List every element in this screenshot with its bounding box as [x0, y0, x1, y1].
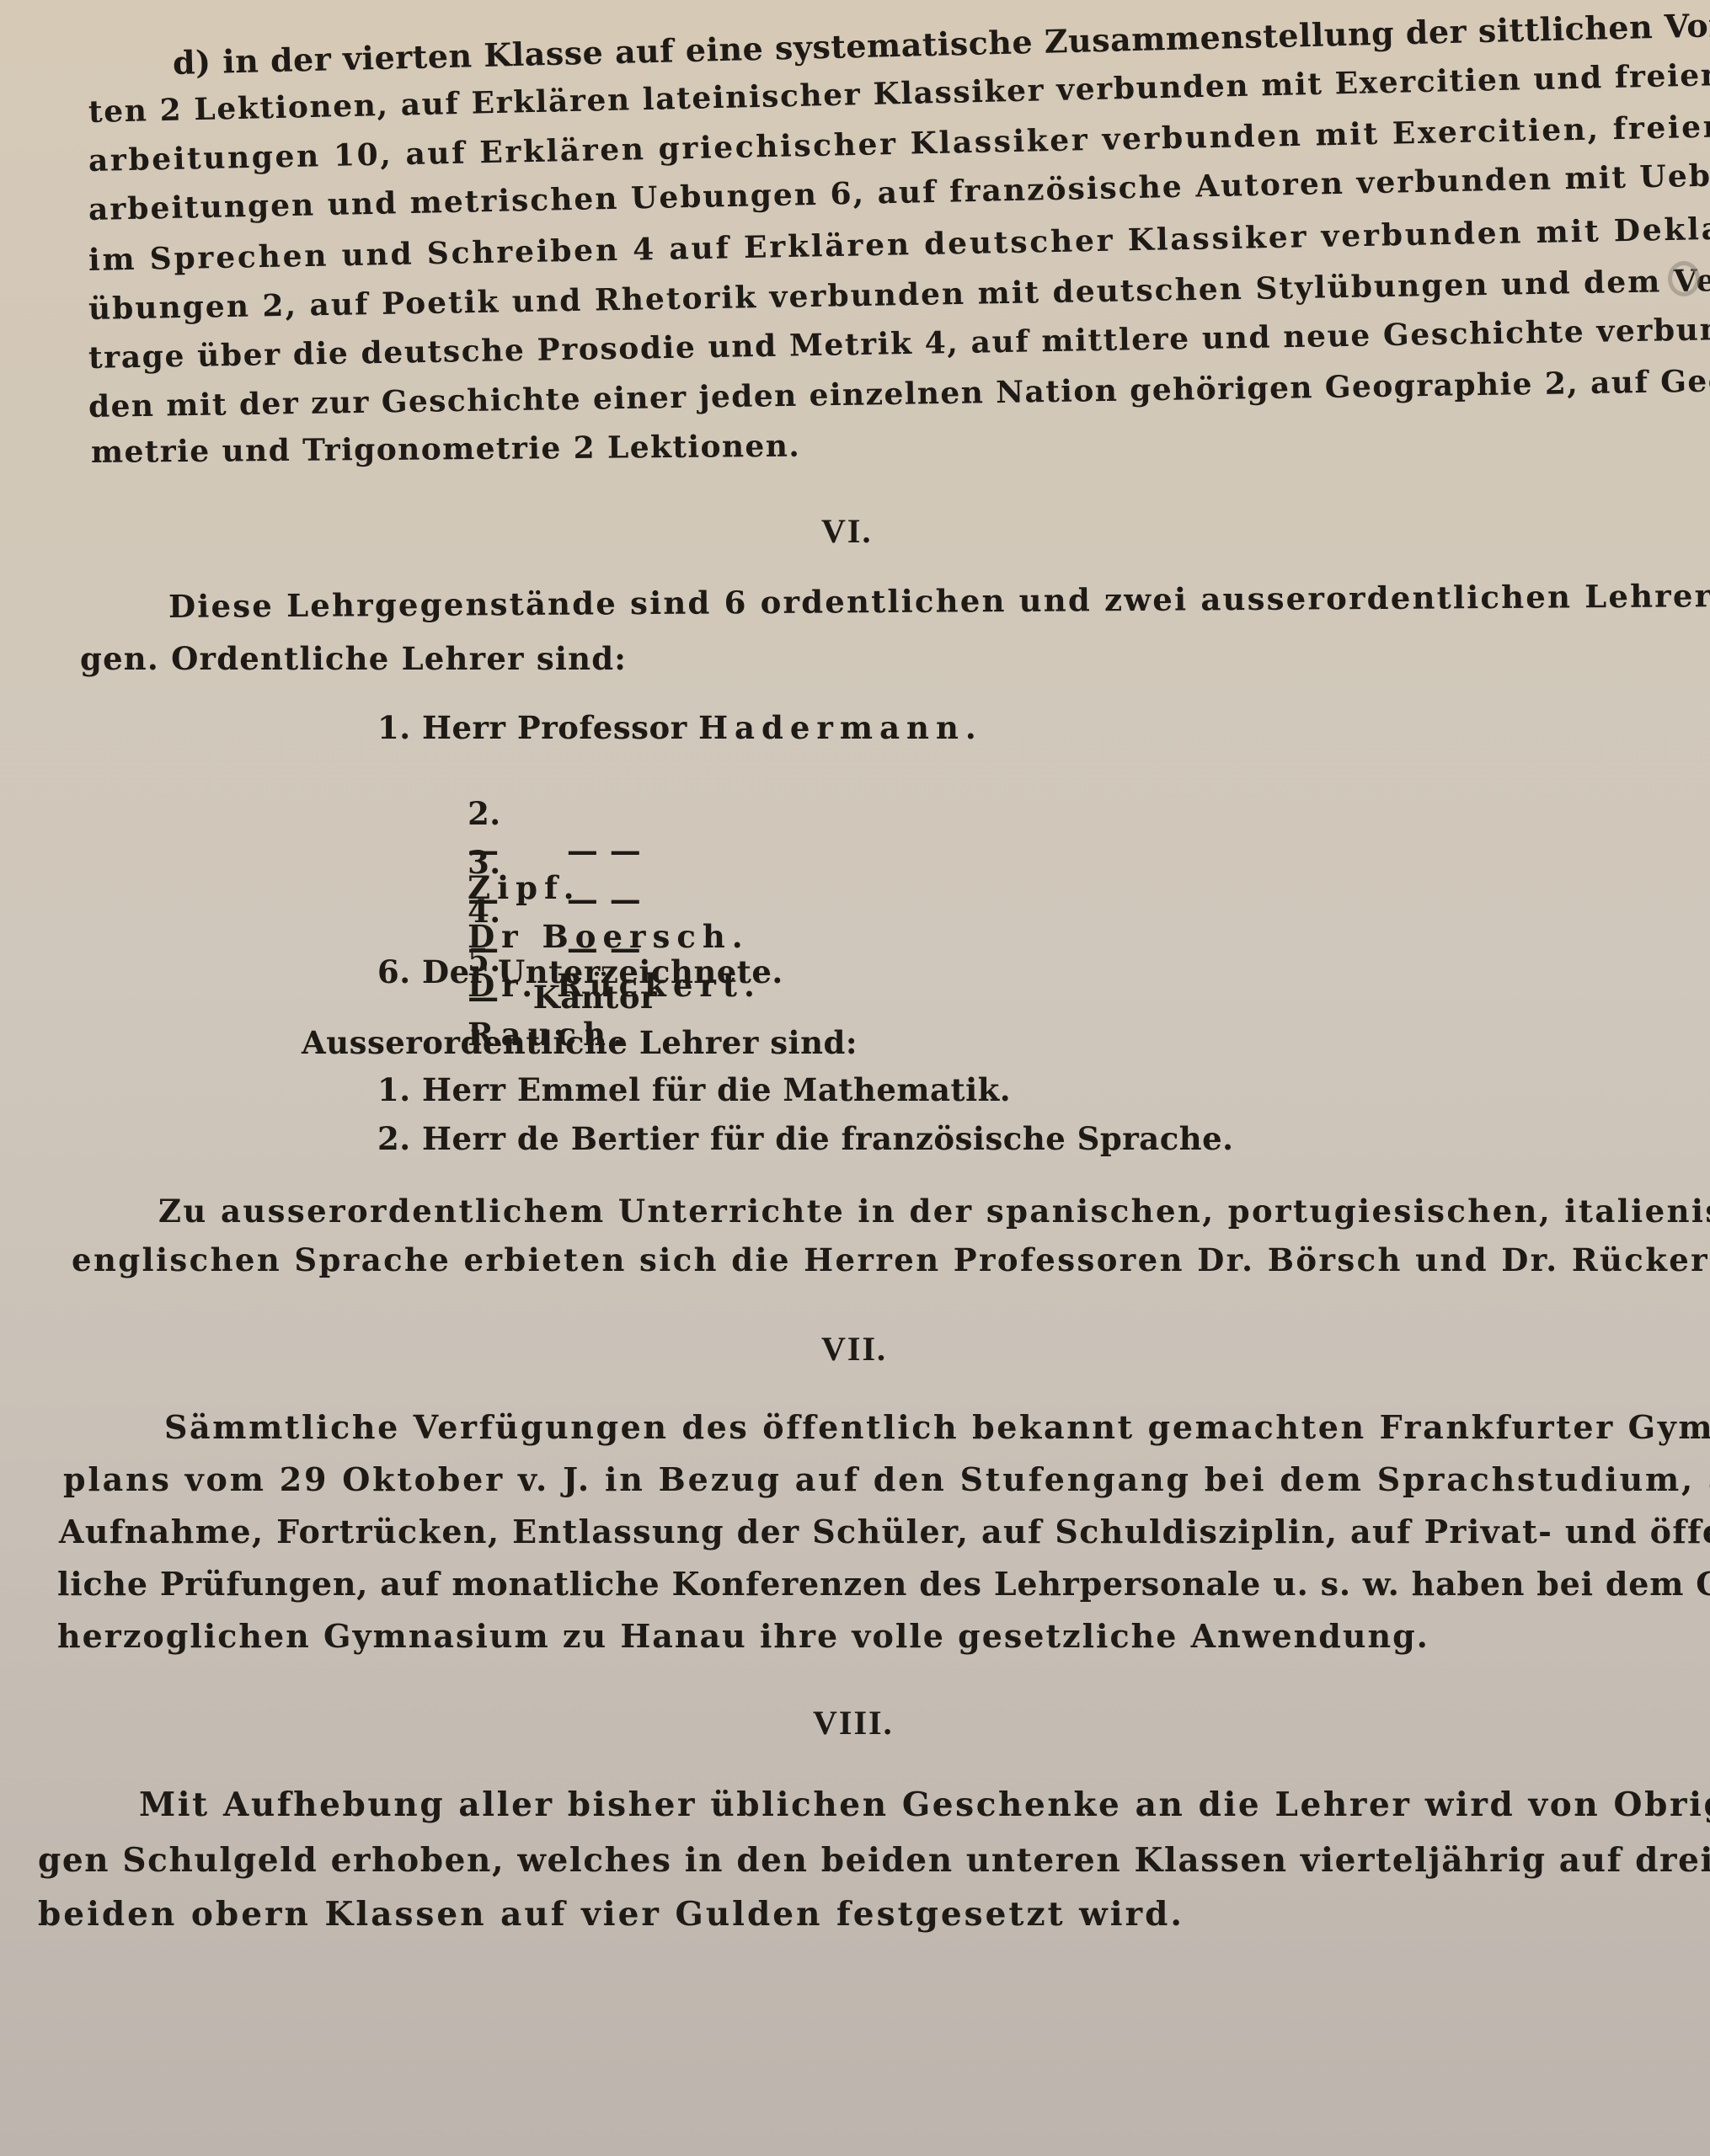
text-line: liche Prüfungen, auf monatliche Konferen… — [57, 1565, 1710, 1603]
teacher-title: Herr Professor — [422, 709, 687, 746]
item-number: 6. — [377, 953, 411, 990]
text-line: gen. Ordentliche Lehrer sind: — [80, 640, 627, 677]
teacher-item: 5. — Kantor Rauch. — [377, 905, 712, 1090]
subheading: Ausserordentliche Lehrer sind: — [302, 1024, 858, 1061]
section-heading: VII. — [821, 1329, 887, 1369]
text-line: den mit der zur Geschichte einer jeden e… — [88, 363, 1710, 424]
text-line: Sämmtliche Verfügungen des öffentlich be… — [164, 1408, 1710, 1446]
text-line: metrie und Trigonometrie 2 Lektionen. — [91, 429, 801, 470]
teacher-item: 1. Herr Professor Hadermann. — [377, 709, 983, 746]
text-line: Aufnahme, Fortrücken, Entlassung der Sch… — [59, 1513, 1710, 1550]
section-heading: VI. — [821, 511, 872, 551]
text-line: englischen Sprache erbieten sich die Her… — [72, 1241, 1710, 1278]
section-heading: VIII. — [813, 1703, 894, 1742]
teacher-item: 6. Der Unterzeichnete. — [377, 953, 783, 990]
teacher-item: 2. Herr de Bertier für die französische … — [377, 1120, 1234, 1157]
text-line: beiden obern Klassen auf vier Gulden fes… — [38, 1895, 1184, 1934]
teacher-text: Herr de Bertier für die französische Spr… — [422, 1120, 1234, 1157]
teacher-title: Der Unterzeichnete. — [422, 953, 783, 990]
text-line: gen Schulgeld erhoben, welches in den be… — [38, 1841, 1710, 1880]
page-hole-mark — [1668, 261, 1700, 296]
item-number: 2. — [377, 1120, 411, 1157]
text-line: Diese Lehrgegenstände sind 6 ordentliche… — [168, 576, 1710, 625]
text-line: Zu ausserordentlichem Unterrichte in der… — [158, 1193, 1710, 1230]
item-number: 1. — [377, 1071, 411, 1108]
teacher-name: Hadermann. — [698, 709, 983, 746]
text-line: plans vom 29 Oktober v. J. in Bezug auf … — [63, 1460, 1710, 1498]
teacher-item: 1. Herr Emmel für die Mathematik. — [377, 1071, 1011, 1108]
item-number: 1. — [377, 709, 411, 746]
text-line: herzoglichen Gymnasium zu Hanau ihre vol… — [57, 1617, 1429, 1655]
teacher-text: Herr Emmel für die Mathematik. — [422, 1071, 1011, 1108]
text-line: Mit Aufhebung aller bisher üblichen Gesc… — [139, 1785, 1710, 1824]
scanned-page: d) in der vierten Klasse auf eine system… — [0, 0, 1710, 2156]
